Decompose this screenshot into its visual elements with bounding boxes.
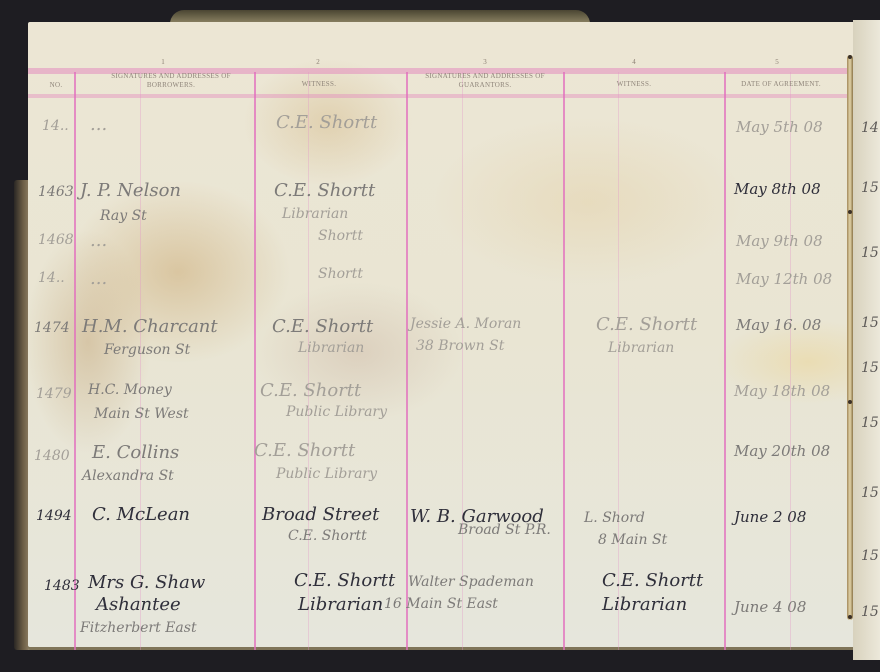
entry-witness: Shortt [318, 266, 363, 282]
facing-page-number: 15 [861, 548, 879, 564]
entry-guarantor-address: Broad St P.R. [458, 522, 551, 538]
column-subdivider [140, 72, 141, 650]
entry-witness: Shortt [318, 228, 363, 244]
entry-borrower-address: Alexandra St [82, 468, 174, 484]
entry-witness-title: Librarian [282, 206, 348, 222]
entry-borrower: E. Collins [92, 442, 179, 463]
entry-borrower: ... [90, 268, 107, 289]
entry-guarantor-witness: L. Shord [584, 510, 645, 526]
binding-gutter [847, 55, 853, 620]
facing-page-number: 15 [861, 315, 879, 331]
entry-witness-title: Public Library [286, 404, 387, 420]
entry-borrower-address: Ferguson St [104, 342, 190, 358]
facing-page-edge [853, 20, 880, 660]
column-divider [563, 72, 565, 650]
column-divider [254, 72, 256, 650]
entry-date: May 12th 08 [736, 270, 832, 288]
entry-date: May 16. 08 [736, 316, 821, 334]
entry-borrower-address: Main St West [94, 406, 189, 422]
facing-page-number: 15 [861, 360, 879, 376]
entry-guarantor-witness-title: Librarian [602, 594, 687, 615]
entry-borrower: C. McLean [92, 504, 190, 525]
column-header-borrowers: Signatures and Addresses of Borrowers. [111, 72, 231, 90]
entry-date: May 5th 08 [736, 118, 823, 136]
entry-guarantor-address: 16 Main St East [384, 596, 498, 612]
column-header-witness: Witness. [302, 80, 336, 89]
ledger-page: 1 2 3 4 5 No. Signatures and Addresses o… [28, 22, 858, 650]
entry-witness: Broad Street [262, 504, 379, 525]
entry-witness: C.E. Shortt [294, 570, 395, 591]
entry-number: 1474 [34, 320, 70, 336]
entry-borrower: Mrs G. Shaw [88, 572, 205, 593]
entry-number: 14.. [38, 270, 65, 286]
column-subdivider [462, 72, 463, 650]
entry-witness-title: C.E. Shortt [288, 528, 367, 544]
entry-number: 1479 [36, 386, 72, 402]
column-header-guarantors: Signatures and Addresses of Guarantors. [420, 72, 550, 90]
entry-guarantor-witness-title: 8 Main St [598, 532, 667, 548]
entry-date: May 9th 08 [736, 232, 823, 250]
facing-page-number: 15 [861, 180, 879, 196]
column-divider [74, 72, 76, 650]
facing-page-number: 14 [861, 120, 879, 136]
entry-witness-title: Librarian [298, 340, 364, 356]
binding-stitch [848, 400, 852, 404]
column-number: 5 [775, 58, 779, 66]
entry-borrower: H.C. Money [88, 382, 172, 398]
entry-guarantor-witness: C.E. Shortt [596, 314, 697, 335]
column-number: 1 [161, 58, 165, 66]
column-subdivider [618, 72, 619, 650]
entry-guarantor-address: 38 Brown St [416, 338, 504, 354]
facing-page-number: 15 [861, 415, 879, 431]
column-divider [406, 72, 408, 650]
column-divider [724, 72, 726, 650]
entry-witness: C.E. Shortt [274, 180, 375, 201]
binding-stitch [848, 615, 852, 619]
facing-page-number: 15 [861, 604, 879, 620]
column-header-no: No. [50, 81, 63, 90]
entry-witness: C.E. Shortt [276, 112, 377, 133]
entry-witness-title: Librarian [298, 594, 383, 615]
binding-stitch [848, 55, 852, 59]
entry-guarantor: Walter Spademan [408, 574, 534, 590]
entry-witness-title: Public Library [276, 466, 377, 482]
entry-witness: C.E. Shortt [254, 440, 355, 461]
entry-borrower-address: Ray St [100, 208, 147, 224]
entry-borrower-address-2: Fitzherbert East [80, 620, 197, 636]
binding-stitch [848, 210, 852, 214]
entry-witness: C.E. Shortt [272, 316, 373, 337]
entry-date: May 20th 08 [734, 442, 830, 460]
facing-page-number: 15 [861, 245, 879, 261]
entry-date: June 4 08 [734, 598, 806, 616]
entry-date: June 2 08 [734, 508, 806, 526]
column-header-witness-2: Witness. [617, 80, 651, 89]
entry-guarantor-witness: C.E. Shortt [602, 570, 703, 591]
entry-borrower-address: Ashantee [96, 594, 181, 615]
column-number: 4 [632, 58, 636, 66]
entry-borrower: H.M. Charcant [82, 316, 218, 337]
entry-number: 1463 [38, 184, 74, 200]
entry-number: 1494 [36, 508, 72, 524]
column-subdivider [308, 72, 309, 650]
entry-guarantor-witness-title: Librarian [608, 340, 674, 356]
entry-number: 1483 [44, 578, 80, 594]
column-header-date: Date of Agreement. [721, 80, 841, 89]
entry-borrower: ... [90, 114, 107, 135]
entry-date: May 18th 08 [734, 382, 830, 400]
entry-number: 14.. [42, 118, 69, 134]
header-rule-bottom [28, 94, 858, 98]
column-number: 3 [483, 58, 487, 66]
entry-number: 1468 [38, 232, 74, 248]
column-subdivider [790, 72, 791, 650]
entry-number: 1480 [34, 448, 70, 464]
entry-borrower: J. P. Nelson [80, 180, 181, 201]
entry-borrower: ... [90, 230, 107, 251]
entry-guarantor: Jessie A. Moran [410, 316, 521, 332]
entry-witness: C.E. Shortt [260, 380, 361, 401]
entry-date: May 8th 08 [734, 180, 821, 198]
column-number: 2 [316, 58, 320, 66]
facing-page-number: 15 [861, 485, 879, 501]
